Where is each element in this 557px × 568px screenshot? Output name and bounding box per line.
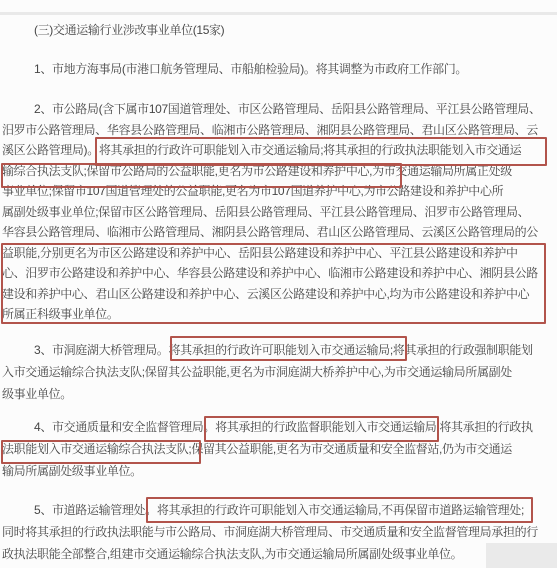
- text-line: 输局所属副处级事业单位。: [2, 460, 555, 482]
- text-line: 益职能,分别更名为市区公路建设和养护中心、岳阳县公路建设和养护中心、平江县公路建…: [2, 243, 555, 264]
- text-line: 属副处级事业单位;保留市区公路管理局、岳阳县公路管理局、平江县公路管理局、汨罗市…: [2, 202, 555, 223]
- text-line: 1、市地方海事局(市港口航务管理局、市船舶检验局)。将其调整为市政府工作部门。: [2, 58, 555, 80]
- image-corner-block: [486, 543, 557, 568]
- text-line: 同时将其承担的行政执法职能与市公路局、市洞庭湖大桥管理局、市交通质量和安全监督管…: [2, 521, 555, 543]
- paragraph-item-4: 4、市交通质量和安全监督管理局。将其承担的行政监督职能划入市交通运输局;将其承担…: [2, 416, 555, 482]
- text-line: 输综合执法支队;保留市公路局的公益职能,更名为市公路建设和养护中心,为市交通运输…: [2, 161, 555, 182]
- text-line: 级事业单位。: [2, 383, 555, 405]
- text-line: 溪区公路管理局)。将其承担的行政许可职能划入市交通运输局;将其承担的行政执法职能…: [2, 140, 555, 161]
- text-line: 心、汨罗市公路建设和养护中心、华容县公路建设和养护中心、临湘市公路建设和养护中心…: [2, 263, 555, 284]
- text-line: 事业单位;保留市107国道管理处的公益职能,更名为市107国道养护中心,为市公路…: [2, 181, 555, 202]
- paragraph-item-1: 1、市地方海事局(市港口航务管理局、市船舶检验局)。将其调整为市政府工作部门。: [2, 58, 555, 80]
- text-line: 5、市道路运输管理处。将其承担的行政许可职能划入市交通运输局,不再保留市道路运输…: [2, 499, 555, 521]
- paragraph-item-3: 3、市洞庭湖大桥管理局。将其承担的行政许可职能划入市交通运输局;将其承担的行政强…: [2, 339, 555, 405]
- text-line: 4、市交通质量和安全监督管理局。将其承担的行政监督职能划入市交通运输局;将其承担…: [2, 416, 555, 438]
- text-line: 法职能划入市交通运输综合执法支队;保留其公益职能,更名为市交通质量和安全监督站,…: [2, 438, 555, 460]
- text-line: 汨罗市公路管理局、华容县公路管理局、临湘市公路管理局、湘阴县公路管理局、君山区公…: [2, 120, 555, 141]
- text-line: 所属正科级事业单位。: [2, 304, 555, 325]
- top-divider-line: [0, 12, 557, 15]
- text-line: 入市交通运输综合执法支队;保留其公益职能,更名为市洞庭湖大桥养护中心,为市交通运…: [2, 361, 555, 383]
- text-line: 政执法职能全部整合,组建市交通运输综合执法支队,为市交通运输局所属副处级事业单位…: [2, 543, 555, 565]
- text-line: 2、市公路局(含下属市107国道管理处、市区公路管理局、岳阳县公路管理局、平江县…: [2, 99, 555, 120]
- section-heading: (三)交通运输行业涉改事业单位(15家): [2, 19, 557, 41]
- text-line: 华容县公路管理局、临湘市公路管理局、湘阴县公路管理局、君山区公路管理局、云溪区公…: [2, 222, 555, 243]
- text-line: 建设和养护中心、君山区公路建设和养护中心、云溪区公路建设和养护中心,均为市公路建…: [2, 284, 555, 305]
- paragraph-item-5: 5、市道路运输管理处。将其承担的行政许可职能划入市交通运输局,不再保留市道路运输…: [2, 499, 555, 565]
- document-page: (三)交通运输行业涉改事业单位(15家) 1、市地方海事局(市港口航务管理局、市…: [0, 0, 557, 568]
- text-line: 3、市洞庭湖大桥管理局。将其承担的行政许可职能划入市交通运输局;将其承担的行政强…: [2, 339, 555, 361]
- paragraph-item-2: 2、市公路局(含下属市107国道管理处、市区公路管理局、岳阳县公路管理局、平江县…: [2, 99, 555, 325]
